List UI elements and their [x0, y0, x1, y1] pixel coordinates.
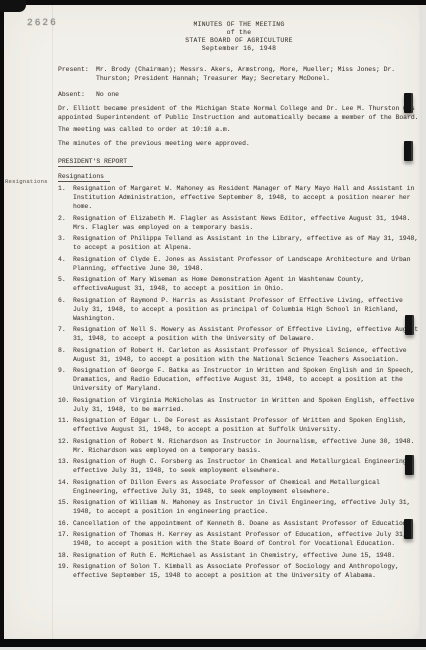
item-number: 14.	[58, 478, 73, 496]
resignation-item: 1. Resignation of Margaret W. Mahoney as…	[58, 184, 420, 211]
item-text: Resignation of Clyde E. Jones as Assista…	[73, 255, 420, 273]
item-number: 7.	[58, 325, 73, 343]
item-number: 3.	[58, 234, 73, 252]
resignation-item: 2. Resignation of Elizabeth M. Flagler a…	[58, 214, 420, 232]
item-text: Resignation of George F. Batka as Instru…	[73, 366, 420, 393]
item-number: 1.	[58, 184, 73, 211]
resignation-item: 18. Resignation of Ruth E. McMichael as …	[58, 551, 420, 560]
binder-mark	[405, 315, 414, 335]
scan-corner-mark	[0, 0, 26, 12]
binder-mark	[405, 455, 414, 475]
left-margin-rule	[52, 4, 53, 640]
resignation-item: 9. Resignation of George F. Batka as Ins…	[58, 366, 420, 393]
item-number: 2.	[58, 214, 73, 232]
resignation-item: 16. Cancellation of the appointment of K…	[58, 519, 420, 528]
item-text: Resignation of Elizabeth M. Flagler as A…	[73, 214, 420, 232]
resignation-item: 5. Resignation of Mary Wiseman as Home D…	[58, 275, 420, 293]
item-number: 18.	[58, 551, 73, 560]
title-line-1: MINUTES OF THE MEETING	[58, 21, 420, 29]
item-text: Resignation of Raymond P. Harris as Assi…	[73, 296, 420, 323]
resignation-item: 19. Resignation of Solon T. Kimball as A…	[58, 562, 420, 580]
item-text: Resignation of Philippa Telland as Assis…	[73, 234, 420, 252]
scanned-page: 2626 Resignations MINUTES OF THE MEETING…	[0, 0, 426, 650]
section-heading-presidents-report: PRESIDENT'S REPORT	[58, 157, 420, 166]
item-number: 17.	[58, 530, 73, 548]
resignation-item: 8. Resignation of Robert H. Carleton as …	[58, 346, 420, 364]
scan-edge-bottom	[0, 639, 426, 647]
item-text: Resignation of Thomas H. Kerrey as Assis…	[73, 530, 420, 548]
resignation-item: 7. Resignation of Nell S. Mowery as Assi…	[58, 325, 420, 343]
resignation-item: 4. Resignation of Clyde E. Jones as Assi…	[58, 255, 420, 273]
item-text: Resignation of William N. Mahoney as Ins…	[73, 498, 420, 516]
resignation-item: 10. Resignation of Virginia McNicholas a…	[58, 396, 420, 414]
resignation-list: 1. Resignation of Margaret W. Mahoney as…	[58, 184, 420, 580]
resignation-item: 13. Resignation of Hugh C. Forsberg as I…	[58, 457, 420, 475]
item-text: Resignation of Dillon Evers as Associate…	[73, 478, 420, 496]
item-text: Resignation of Robert H. Carleton as Ass…	[73, 346, 420, 364]
item-text: Resignation of Ruth E. McMichael as Assi…	[73, 551, 420, 560]
item-number: 13.	[58, 457, 73, 475]
absent-label: Absent:	[58, 90, 96, 99]
item-number: 12.	[58, 437, 73, 455]
title-line-4: September 16, 1948	[58, 45, 420, 53]
title-line-2: of the	[58, 29, 420, 37]
item-number: 15.	[58, 498, 73, 516]
item-number: 8.	[58, 346, 73, 364]
resignation-item: 17. Resignation of Thomas H. Kerrey as A…	[58, 530, 420, 548]
item-number: 5.	[58, 275, 73, 293]
margin-label-resignations: Resignations	[5, 178, 48, 185]
item-number: 10.	[58, 396, 73, 414]
absent-names: No one	[96, 90, 420, 99]
present-names: Mr. Brody (Chairman); Messrs. Akers, Arm…	[96, 65, 420, 83]
resignation-item: 15. Resignation of William N. Mahoney as…	[58, 498, 420, 516]
paragraph-elliott-thurston: Dr. Elliott became president of the Mich…	[58, 104, 420, 122]
paper-sheet: 2626 Resignations MINUTES OF THE MEETING…	[3, 4, 422, 640]
page-number-stamp: 2626	[27, 17, 58, 28]
present-label: Present:	[58, 65, 96, 83]
paragraph-called-to-order: The meeting was called to order at 10:10…	[58, 125, 420, 134]
item-text: Resignation of Hugh C. Forsberg as Instr…	[73, 457, 420, 475]
binder-mark	[404, 93, 413, 113]
item-number: 16.	[58, 519, 73, 528]
item-text: Resignation of Robert N. Richardson as I…	[73, 437, 420, 455]
resignation-item: 12. Resignation of Robert N. Richardson …	[58, 437, 420, 455]
item-text: Resignation of Virginia McNicholas as In…	[73, 396, 420, 414]
resignation-item: 14. Resignation of Dillon Evers as Assoc…	[58, 478, 420, 496]
subsection-heading-resignations: Resignations	[58, 172, 420, 181]
item-text: Resignation of Margaret W. Mahoney as Re…	[73, 184, 420, 211]
item-text: Cancellation of the appointment of Kenne…	[73, 519, 420, 528]
typed-content: MINUTES OF THE MEETING of the STATE BOAR…	[58, 21, 420, 583]
scan-edge-top	[0, 0, 426, 5]
binder-mark	[404, 519, 413, 539]
present-row: Present: Mr. Brody (Chairman); Messrs. A…	[58, 65, 420, 83]
item-number: 11.	[58, 416, 73, 434]
item-text: Resignation of Mary Wiseman as Home Demo…	[73, 275, 420, 293]
item-number: 9.	[58, 366, 73, 393]
resignation-item: 3. Resignation of Philippa Telland as As…	[58, 234, 420, 252]
item-number: 19.	[58, 562, 73, 580]
binder-mark	[404, 141, 413, 161]
item-text: Resignation of Edgar L. De Forest as Ass…	[73, 416, 420, 434]
resignation-item: 6. Resignation of Raymond P. Harris as A…	[58, 296, 420, 323]
item-text: Resignation of Nell S. Mowery as Assista…	[73, 325, 420, 343]
resignation-item: 11. Resignation of Edgar L. De Forest as…	[58, 416, 420, 434]
item-number: 6.	[58, 296, 73, 323]
item-text: Resignation of Solon T. Kimball as Assoc…	[73, 562, 420, 580]
item-number: 4.	[58, 255, 73, 273]
scan-edge-left	[0, 0, 4, 646]
document-title: MINUTES OF THE MEETING of the STATE BOAR…	[58, 21, 420, 53]
absent-row: Absent: No one	[58, 90, 420, 99]
paragraph-minutes-approved: The minutes of the previous meeting were…	[58, 139, 420, 148]
title-line-3: STATE BOARD OF AGRICULTURE	[58, 37, 420, 45]
